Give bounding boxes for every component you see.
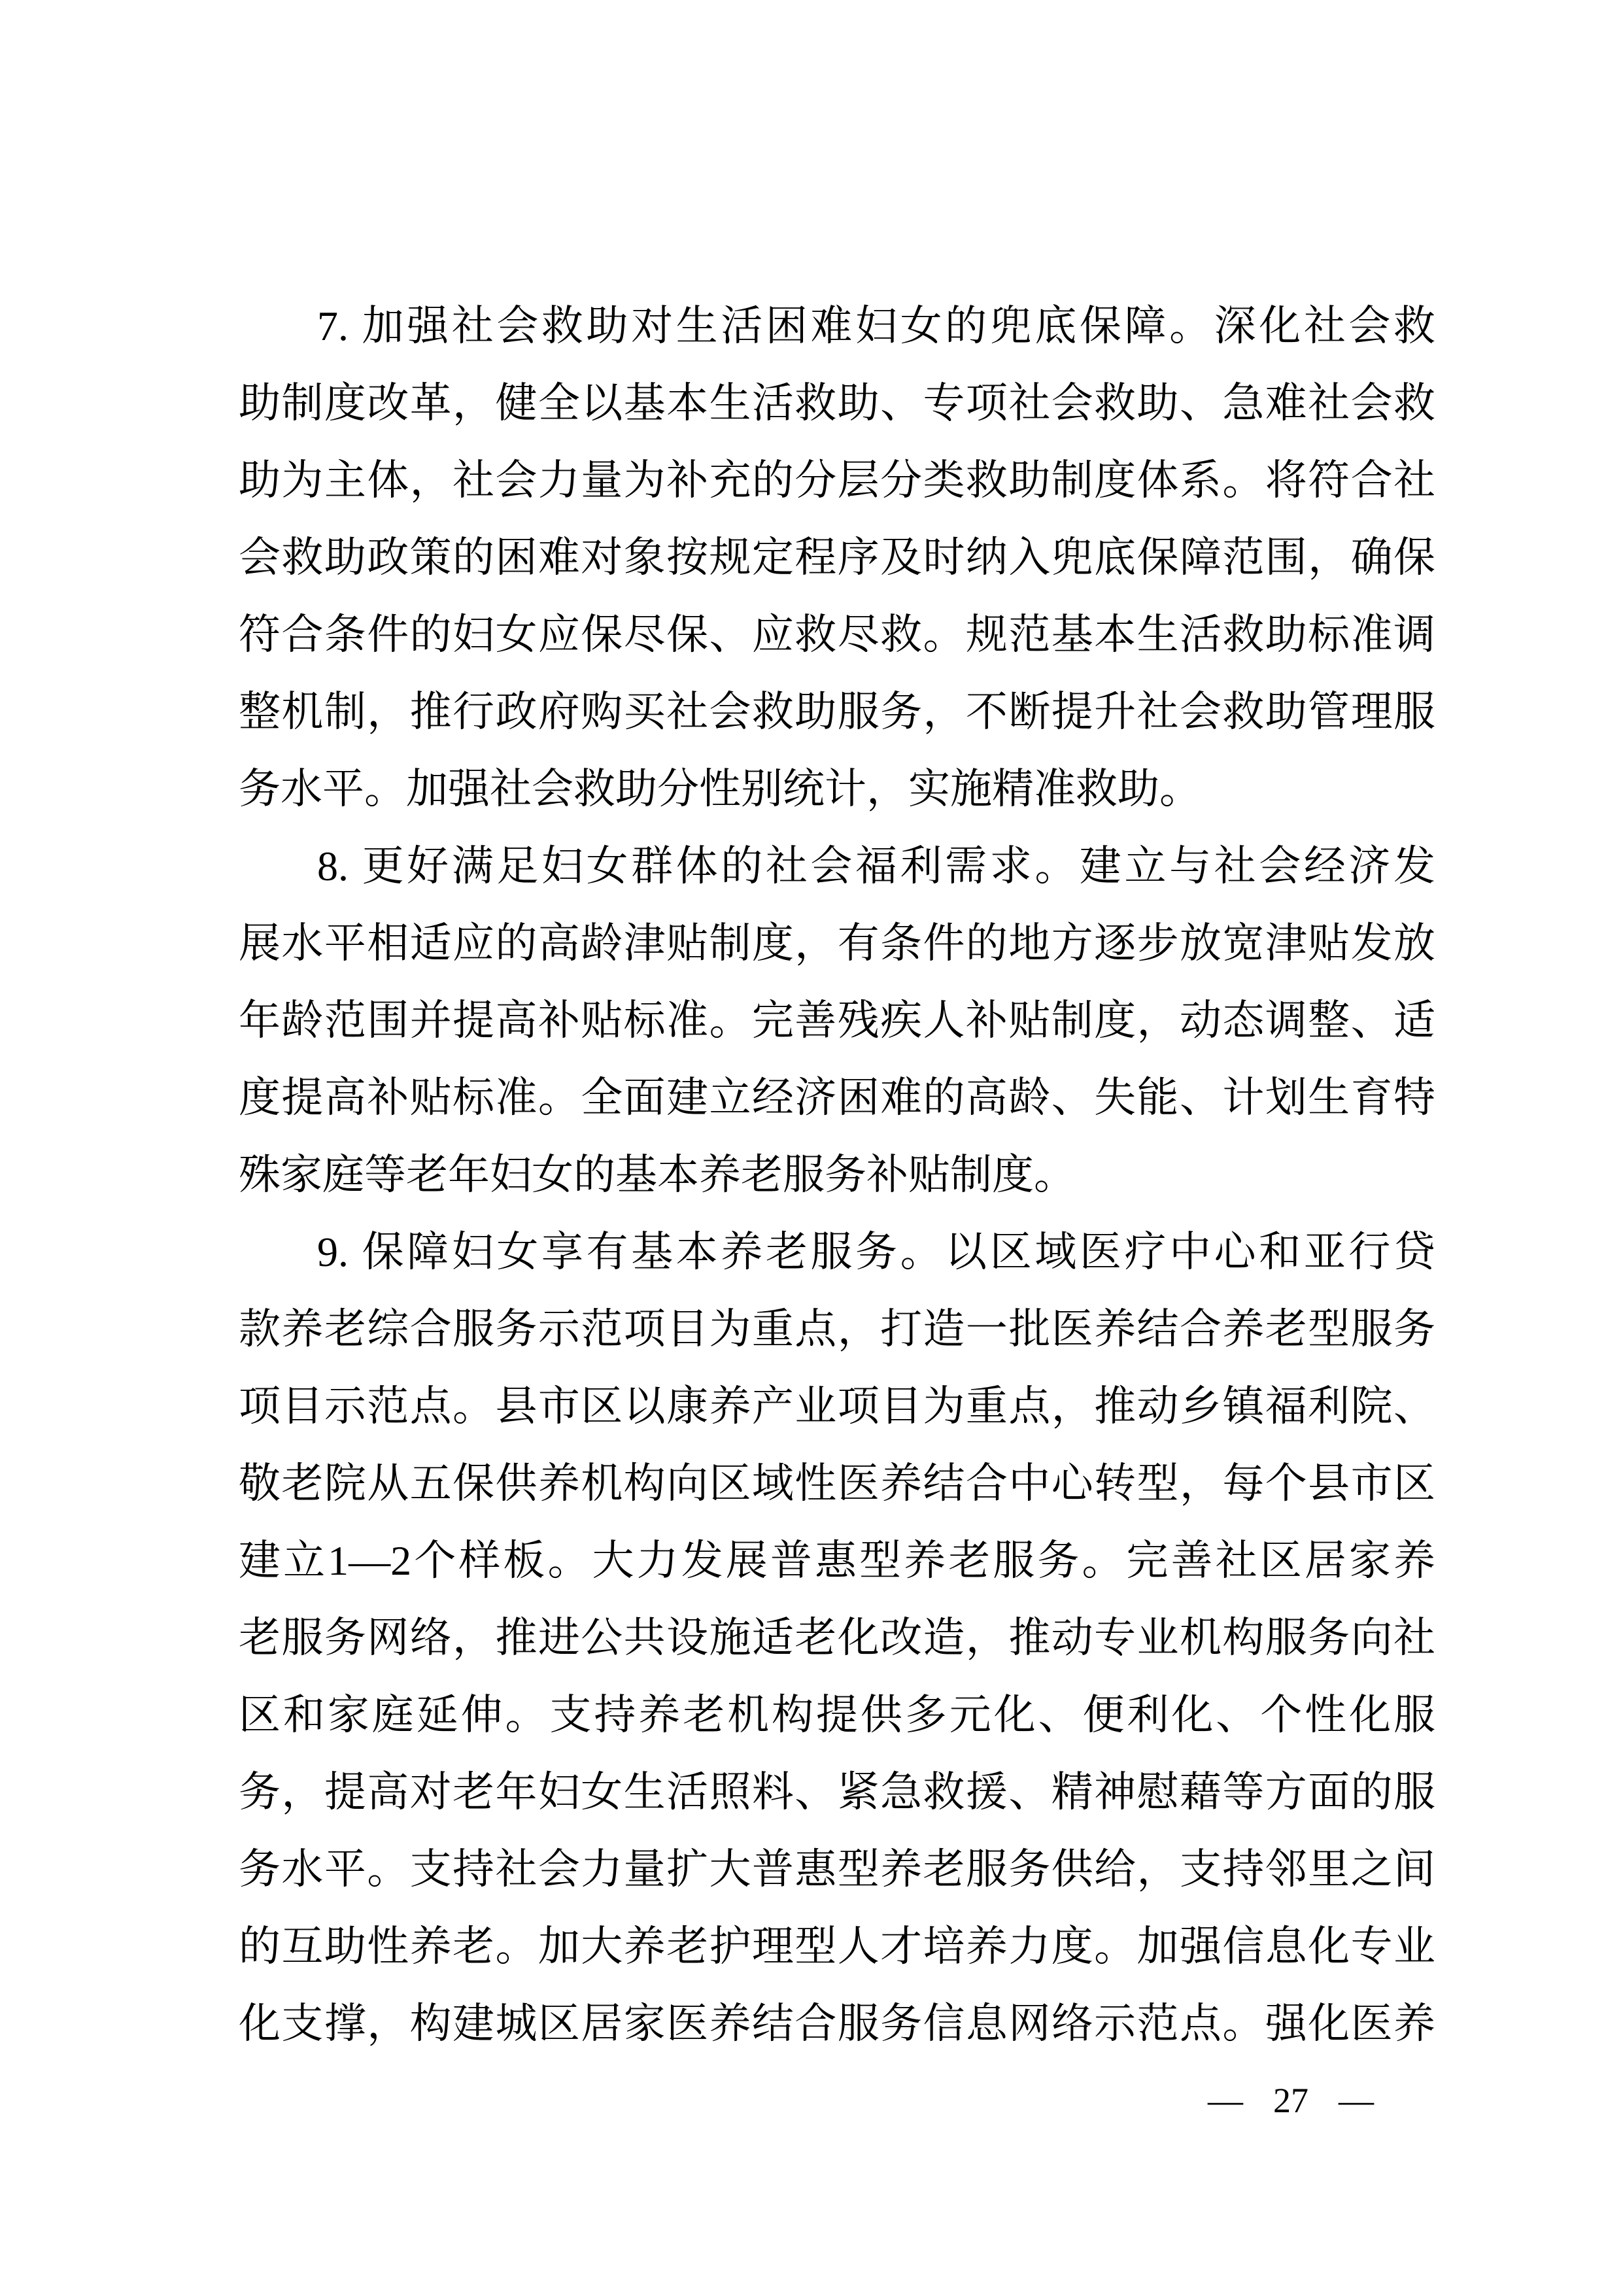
text-line: 务水平。支持社会力量扩大普惠型养老服务供给，支持邻里之间 [239, 1831, 1435, 1908]
text-line: 展水平相适应的高龄津贴制度，有条件的地方逐步放宽津贴发放 [239, 905, 1435, 982]
text-line: 整机制，推行政府购买社会救助服务，不断提升社会救助管理服 [239, 674, 1435, 751]
text-line: 度提高补贴标准。全面建立经济困难的高龄、失能、计划生育特 [239, 1059, 1435, 1137]
text-line: 的互助性养老。加大养老护理型人才培养力度。加强信息化专业 [239, 1908, 1435, 1985]
text-line: 敬老院从五保供养机构向区域性医养结合中心转型，每个县市区 [239, 1445, 1435, 1522]
footer-dash-left: — [1208, 2082, 1243, 2119]
text-line: 会救助政策的困难对象按规定程序及时纳入兜底保障范围，确保 [239, 519, 1435, 596]
text-line: 区和家庭延伸。支持养老机构提供多元化、便利化、个性化服 [239, 1677, 1435, 1754]
text-line: 符合条件的妇女应保尽保、应救尽救。规范基本生活救助标准调 [239, 596, 1435, 674]
text-line: 7. 加强社会救助对生活困难妇女的兜底保障。深化社会救 [239, 288, 1435, 365]
text-line: 化支撑，构建城区居家医养结合服务信息网络示范点。强化医养 [239, 1985, 1435, 2063]
text-line: 年龄范围并提高补贴标准。完善残疾人补贴制度，动态调整、适 [239, 982, 1435, 1059]
text-line: 项目示范点。县市区以康养产业项目为重点，推动乡镇福利院、 [239, 1368, 1435, 1445]
text-line: 建立1—2个样板。大力发展普惠型养老服务。完善社区居家养 [239, 1522, 1435, 1600]
text-line: 老服务网络，推进公共设施适老化改造，推动专业机构服务向社 [239, 1600, 1435, 1677]
text-line: 助为主体，社会力量为补充的分层分类救助制度体系。将符合社 [239, 442, 1435, 519]
page-footer: — 27 — [1208, 2082, 1374, 2119]
document-text: 7. 加强社会救助对生活困难妇女的兜底保障。深化社会救助制度改革，健全以基本生活… [239, 288, 1435, 2063]
text-line: 务，提高对老年妇女生活照料、紧急救援、精神慰藉等方面的服 [239, 1754, 1435, 1831]
text-line: 8. 更好满足妇女群体的社会福利需求。建立与社会经济发 [239, 828, 1435, 905]
text-line: 9. 保障妇女享有基本养老服务。以区域医疗中心和亚行贷 [239, 1214, 1435, 1291]
text-line: 助制度改革，健全以基本生活救助、专项社会救助、急难社会救 [239, 365, 1435, 442]
page-number: 27 [1273, 2082, 1308, 2119]
text-line: 殊家庭等老年妇女的基本养老服务补贴制度。 [239, 1137, 1435, 1214]
text-line: 款养老综合服务示范项目为重点，打造一批医养结合养老型服务 [239, 1291, 1435, 1368]
footer-dash-right: — [1339, 2082, 1374, 2119]
document-page: 7. 加强社会救助对生活困难妇女的兜底保障。深化社会救助制度改革，健全以基本生活… [0, 0, 1623, 2296]
text-line: 务水平。加强社会救助分性别统计，实施精准救助。 [239, 751, 1435, 828]
